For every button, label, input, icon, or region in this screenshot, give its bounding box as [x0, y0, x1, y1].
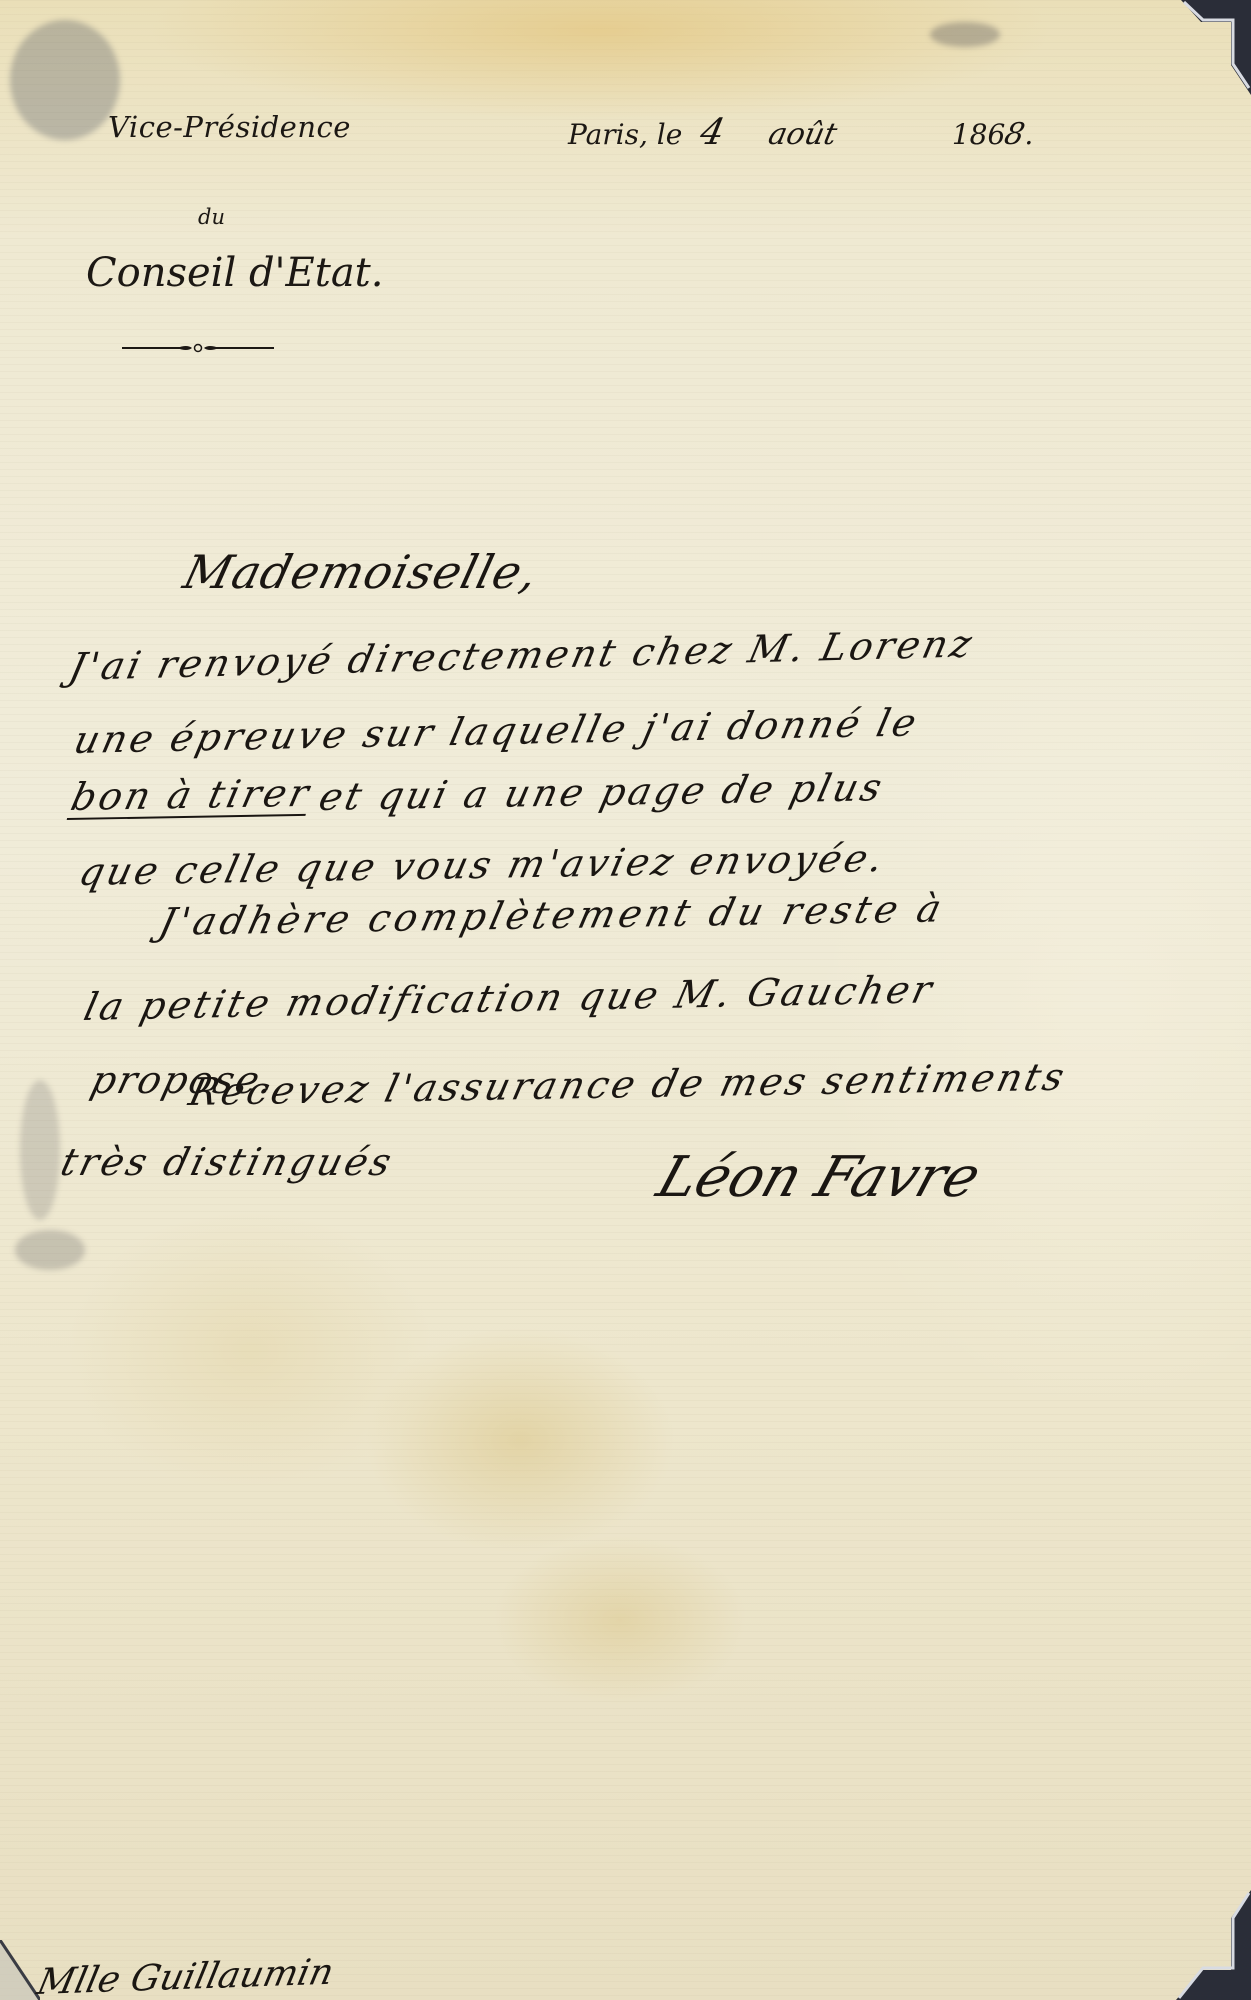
signature: Léon Favre	[649, 1145, 988, 1210]
letterhead-du: du	[198, 205, 225, 229]
photo-corner-bottom-left-icon	[0, 1940, 40, 2000]
decorative-rule-icon	[122, 343, 274, 353]
letterhead-conseil-etat: Conseil d'Etat.	[86, 250, 383, 296]
letterhead-vice-presidence: Vice-Présidence	[108, 110, 351, 144]
ink-smudge	[20, 1080, 60, 1220]
bon-a-tirer-underlined: bon à tirer	[67, 771, 316, 819]
dateline-day: 4	[697, 112, 729, 153]
ink-smudge	[10, 20, 120, 140]
dateline-year: 1868.	[952, 117, 1033, 152]
letter-line: bon à tirer	[67, 771, 316, 819]
photo-corner-top-right-icon	[1181, 0, 1251, 95]
salutation: Mademoiselle,	[178, 545, 544, 599]
dateline-year-prefix: 186	[952, 118, 1005, 151]
letter-line: très distingués	[57, 1140, 399, 1184]
dateline-city: Paris, le	[568, 118, 682, 151]
dateline: Paris, le 4 août 1868.	[568, 112, 1033, 153]
dateline-month: août	[766, 117, 841, 152]
ink-smudge	[15, 1230, 85, 1270]
photo-corner-bottom-right-icon	[1176, 1890, 1251, 2000]
ink-smudge	[930, 22, 1000, 47]
